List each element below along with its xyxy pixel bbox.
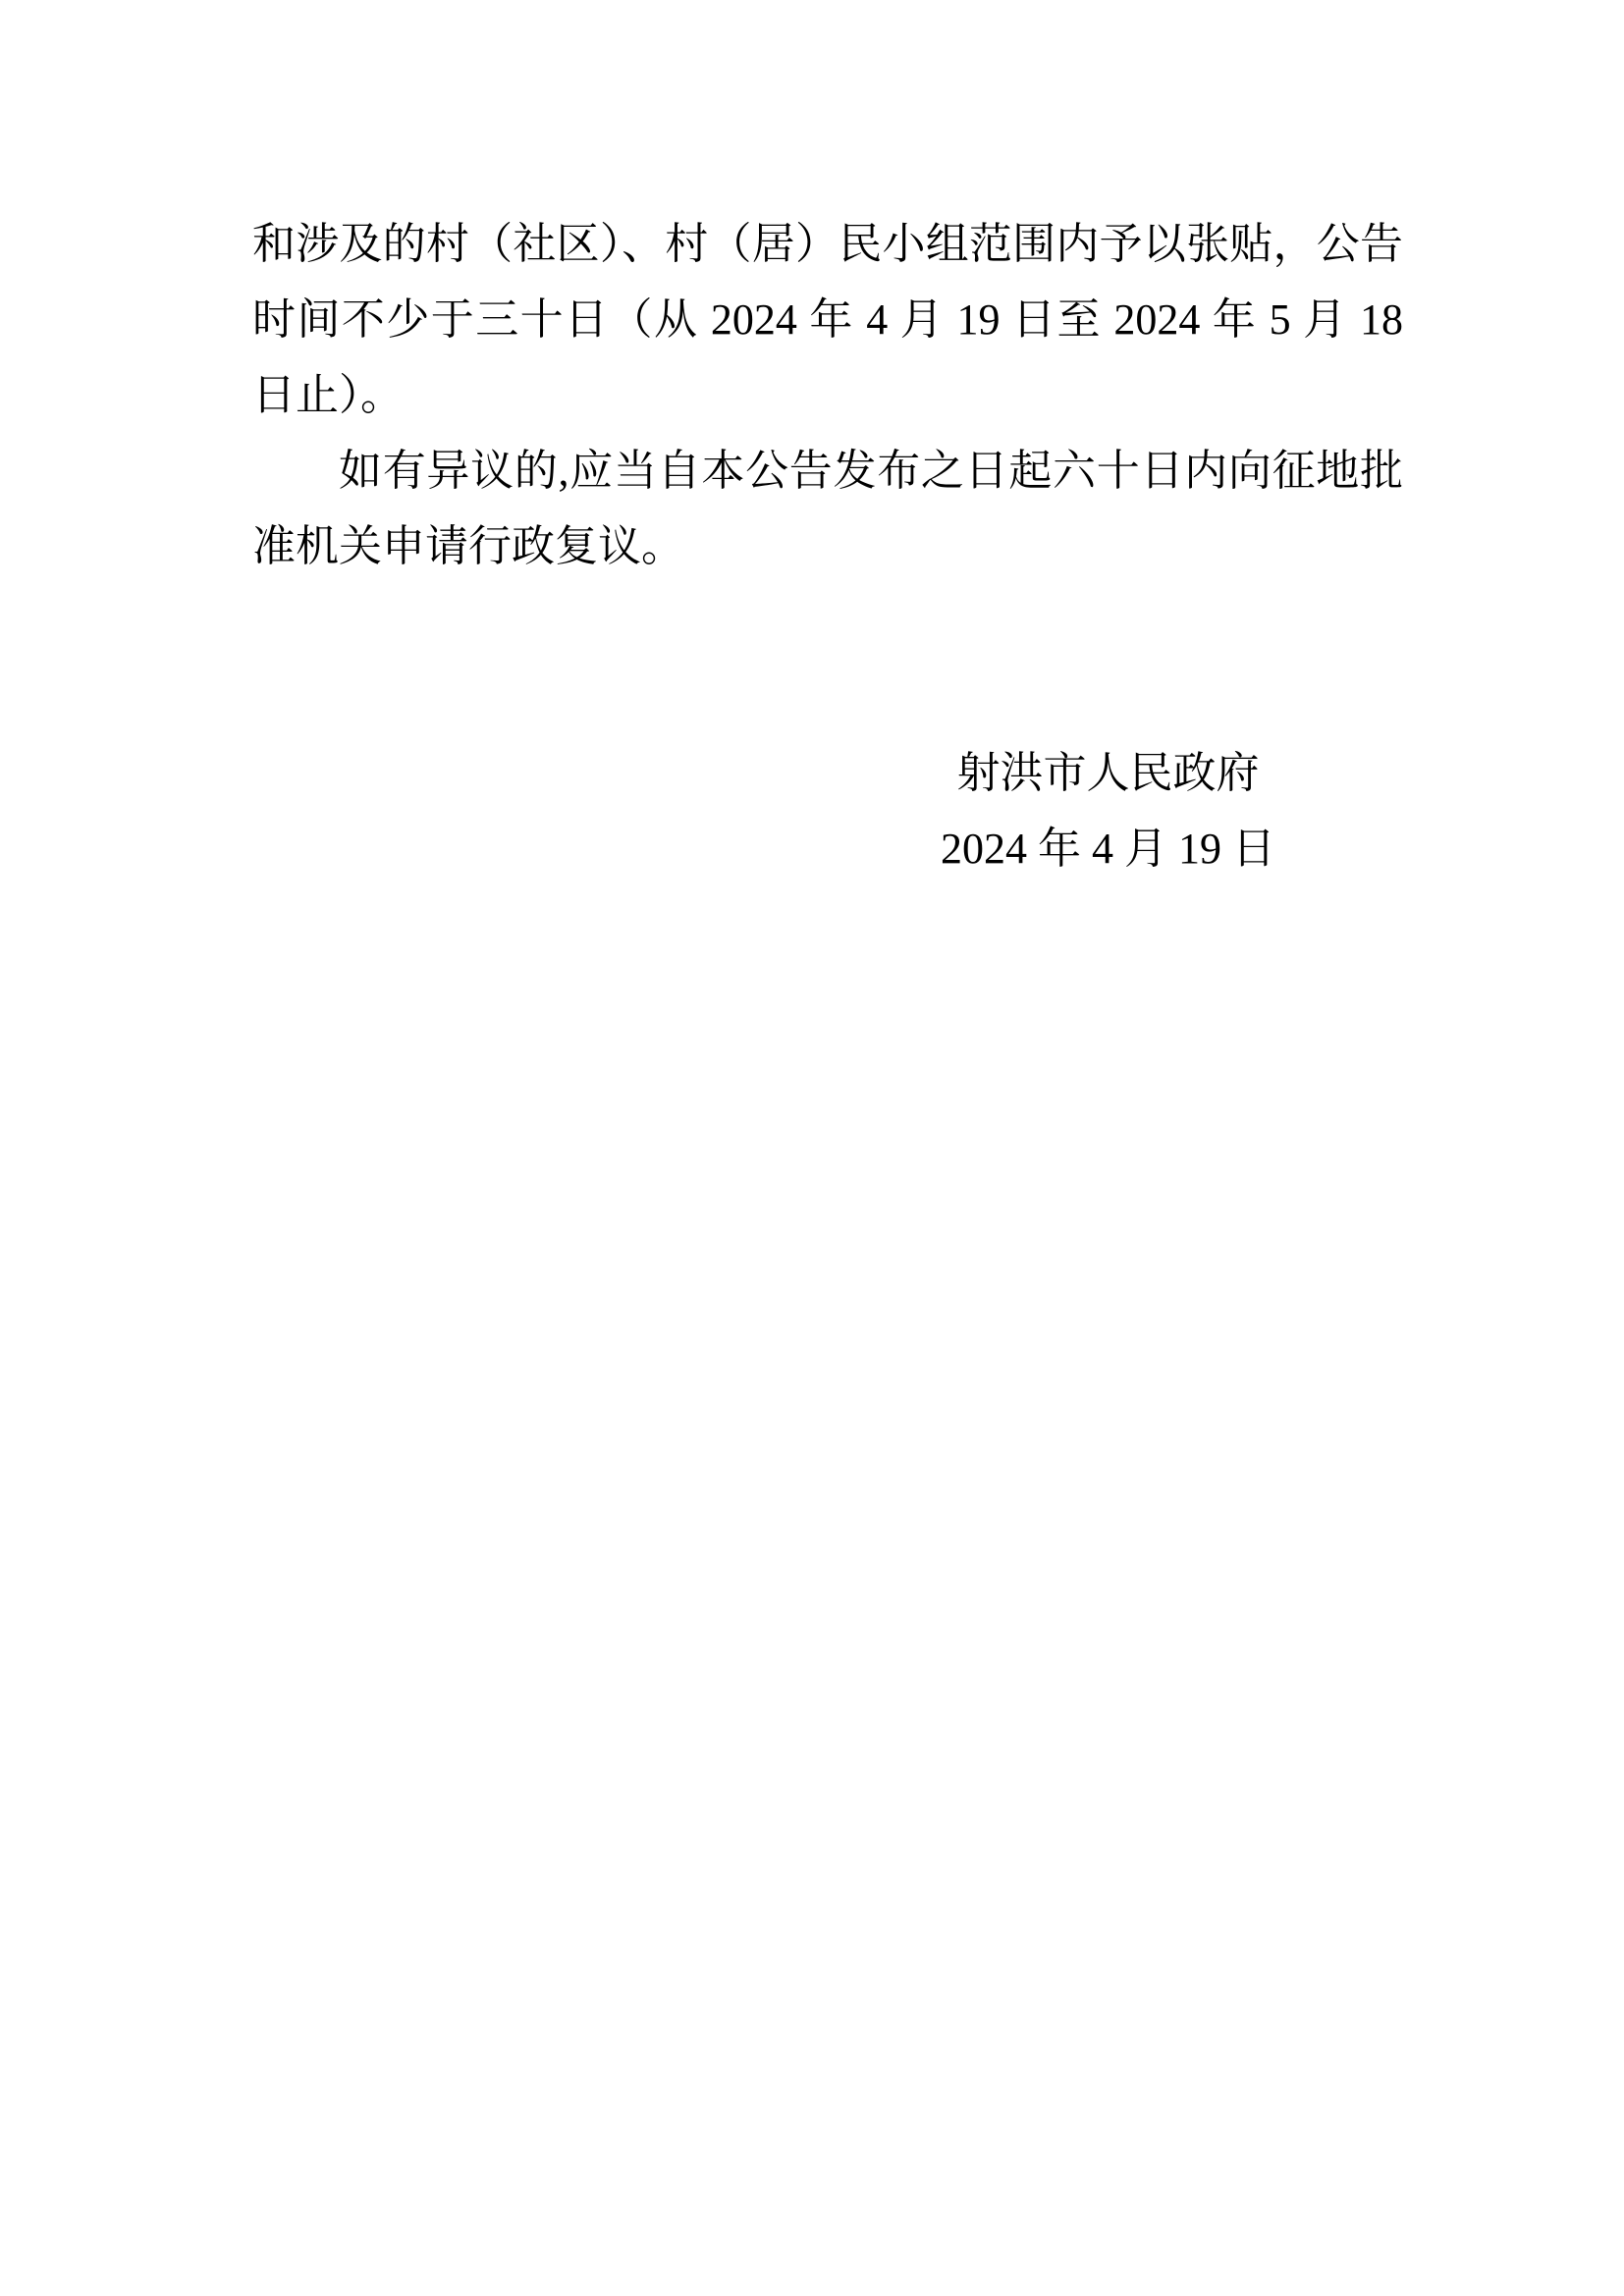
body-line: 日止）。 <box>252 357 1403 433</box>
signature-block: 射洪市人民政府 2024 年 4 月 19 日 <box>252 735 1403 886</box>
document-body: 和涉及的村（社区）、村（居）民小组范围内予以张贴，公告 时间不少于三十日（从 2… <box>252 206 1403 886</box>
body-line: 准机关申请行政复议。 <box>252 508 1403 584</box>
body-line: 如有异议的,应当自本公告发布之日起六十日内向征地批 <box>252 433 1403 508</box>
body-line: 时间不少于三十日（从 2024 年 4 月 19 日至 2024 年 5 月 1… <box>252 282 1403 357</box>
vertical-spacer <box>252 584 1403 735</box>
paragraph: 如有异议的,应当自本公告发布之日起六十日内向征地批 准机关申请行政复议。 <box>252 433 1403 584</box>
body-line: 和涉及的村（社区）、村（居）民小组范围内予以张贴，公告 <box>252 206 1403 282</box>
signature-date: 2024 年 4 月 19 日 <box>941 811 1275 886</box>
paragraph: 和涉及的村（社区）、村（居）民小组范围内予以张贴，公告 时间不少于三十日（从 2… <box>252 206 1403 433</box>
signature-author: 射洪市人民政府 <box>941 735 1275 811</box>
document-page: 和涉及的村（社区）、村（居）民小组范围内予以张贴，公告 时间不少于三十日（从 2… <box>0 0 1624 2296</box>
